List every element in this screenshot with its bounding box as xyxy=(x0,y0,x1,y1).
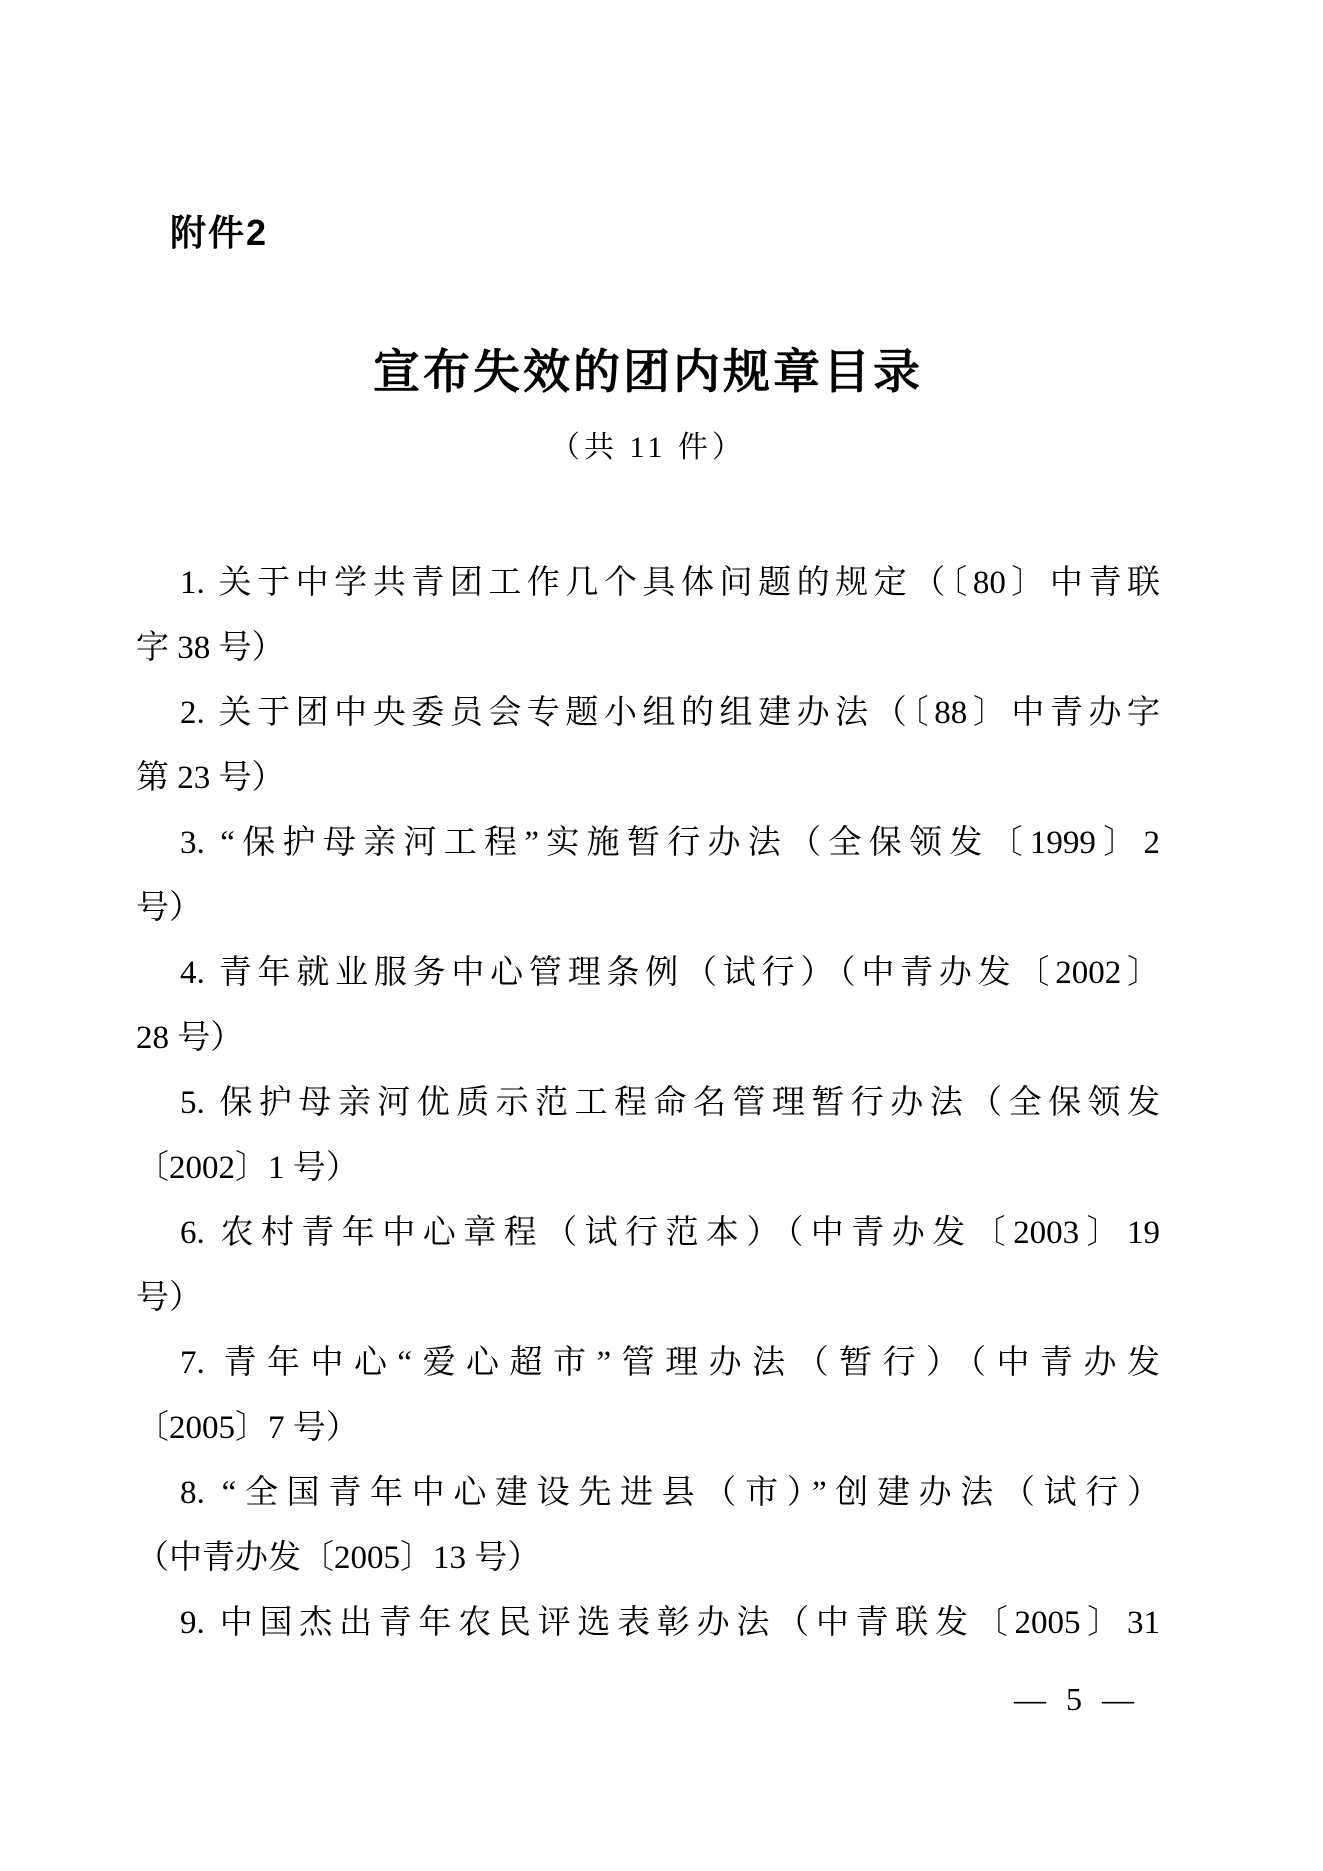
attachment-label: 附件2 xyxy=(170,213,268,253)
item-line: 2. 关于团中央委员会专题小组的组建办法（〔88〕中青办字 xyxy=(136,681,1160,746)
item-line: 号） xyxy=(136,1266,1160,1331)
item-line: 号） xyxy=(136,876,1160,941)
regulation-list: 1. 关于中学共青团工作几个具体问题的规定（〔80〕中青联 字 38 号） 2.… xyxy=(136,551,1160,1656)
regulation-item-4: 4. 青年就业服务中心管理条例（试行）（中青办发〔2002〕 28 号） xyxy=(136,941,1160,1071)
regulation-item-7: 7. 青年中心“爱心超市”管理办法（暂行）（中青办发 〔2005〕7 号） xyxy=(136,1331,1160,1461)
item-line: 〔2005〕7 号） xyxy=(136,1396,1160,1461)
regulation-item-2: 2. 关于团中央委员会专题小组的组建办法（〔88〕中青办字 第 23 号） xyxy=(136,681,1160,811)
item-line: 〔2002〕1 号） xyxy=(136,1136,1160,1201)
item-line: 1. 关于中学共青团工作几个具体问题的规定（〔80〕中青联 xyxy=(136,551,1160,616)
item-line: 28 号） xyxy=(136,1006,1160,1071)
item-line: 4. 青年就业服务中心管理条例（试行）（中青办发〔2002〕 xyxy=(136,941,1160,1006)
regulation-item-9: 9. 中国杰出青年农民评选表彰办法（中青联发〔2005〕31 xyxy=(136,1591,1160,1656)
regulation-item-5: 5. 保护母亲河优质示范工程命名管理暂行办法（全保领发 〔2002〕1 号） xyxy=(136,1071,1160,1201)
page-number: — 5 — xyxy=(136,1680,1140,1718)
page-title: 宣布失效的团内规章目录 xyxy=(136,345,1160,401)
item-line: 7. 青年中心“爱心超市”管理办法（暂行）（中青办发 xyxy=(136,1331,1160,1396)
item-line: 8. “全国青年中心建设先进县（市）”创建办法（试行） xyxy=(136,1461,1160,1526)
item-line: 第 23 号） xyxy=(136,746,1160,811)
item-line: （中青办发〔2005〕13 号） xyxy=(136,1526,1160,1591)
document-page: 附件2 宣布失效的团内规章目录 （共 11 件） 1. 关于中学共青团工作几个具… xyxy=(0,0,1323,1871)
regulation-item-3: 3. “保护母亲河工程”实施暂行办法（全保领发〔1999〕2 号） xyxy=(136,811,1160,941)
item-line: 5. 保护母亲河优质示范工程命名管理暂行办法（全保领发 xyxy=(136,1071,1160,1136)
item-line: 6. 农村青年中心章程（试行范本）（中青办发〔2003〕19 xyxy=(136,1201,1160,1266)
item-line: 9. 中国杰出青年农民评选表彰办法（中青联发〔2005〕31 xyxy=(136,1591,1160,1656)
regulation-item-8: 8. “全国青年中心建设先进县（市）”创建办法（试行） （中青办发〔2005〕1… xyxy=(136,1461,1160,1591)
regulation-item-1: 1. 关于中学共青团工作几个具体问题的规定（〔80〕中青联 字 38 号） xyxy=(136,551,1160,681)
regulation-item-6: 6. 农村青年中心章程（试行范本）（中青办发〔2003〕19 号） xyxy=(136,1201,1160,1331)
item-line: 字 38 号） xyxy=(136,616,1160,681)
page-subtitle: （共 11 件） xyxy=(136,430,1160,466)
item-line: 3. “保护母亲河工程”实施暂行办法（全保领发〔1999〕2 xyxy=(136,811,1160,876)
